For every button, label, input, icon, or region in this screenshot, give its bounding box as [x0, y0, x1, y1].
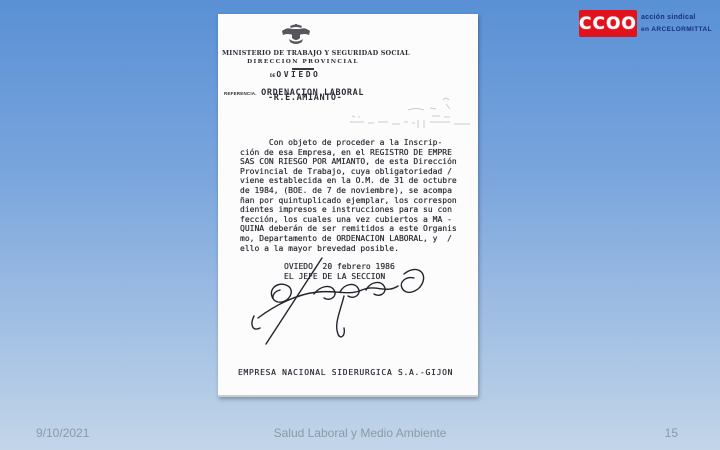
logo-tagline-line2: en ARCELORMITTAL	[641, 25, 712, 34]
body-line: Con objeto de proceder a la Inscrip-	[240, 138, 476, 148]
slide-canvas: CCOO acción sindical en ARCELORMITTAL MI…	[0, 0, 720, 450]
city-prefix: DE	[270, 74, 275, 79]
ccoo-logo-text: CCOO	[579, 14, 637, 34]
ministry-name: MINISTERIO DE TRABAJO Y SEGURIDAD SOCIAL	[222, 49, 384, 57]
page-number: 15	[665, 426, 678, 440]
signature-scribble-icon	[244, 252, 444, 352]
slide-footer: 9/10/2021 Salud Laboral y Medio Ambiente…	[0, 424, 720, 444]
document-letterhead: MINISTERIO DE TRABAJO Y SEGURIDAD SOCIAL…	[222, 49, 384, 70]
body-line: QUINA deberán de ser remitidos a este Or…	[240, 224, 476, 234]
body-line: dientes impresos e instrucciones para su…	[240, 205, 476, 215]
body-line: Provincial de Trabajo, cuya obligatoried…	[240, 167, 476, 177]
body-line: viene establecida en la O.M. de 31 de oc…	[240, 176, 476, 186]
scanned-document: MINISTERIO DE TRABAJO Y SEGURIDAD SOCIAL…	[218, 14, 478, 397]
body-line: fección, los cuales una vez cubiertos a …	[240, 215, 476, 225]
office-name: DIRECCION PROVINCIAL	[222, 59, 384, 65]
ccoo-logo-box-icon: CCOO	[579, 10, 637, 37]
footer-title: Salud Laboral y Medio Ambiente	[0, 426, 720, 440]
reference-subject: -R.E.AMIANTO-	[268, 93, 342, 103]
body-line: ñan por quintuplicado ejemplar, los corr…	[240, 196, 476, 206]
company-name: EMPRESA NACIONAL SIDERURGICA S.A.-GIJON	[238, 368, 453, 377]
body-line: mo, Departamento de ORDENACION LABORAL, …	[240, 234, 476, 244]
logo-tagline-line1: acción sindical	[641, 13, 712, 22]
city-line: DEOVIEDO	[270, 70, 320, 79]
reference-label: REFERENCIA.	[224, 91, 257, 96]
body-line: ción de esa Empresa, en el REGISTRO DE E…	[240, 148, 476, 158]
body-line: SAS CON RIESGO POR AMIANTO, de esta Dire…	[240, 157, 476, 167]
ccoo-logo: CCOO acción sindical en ARCELORMITTAL	[579, 10, 712, 37]
coat-of-arms-icon	[280, 23, 312, 47]
document-body: Con objeto de proceder a la Inscrip- ció…	[240, 138, 476, 253]
body-line: de 1984, (BOE. de 7 de noviembre), se ac…	[240, 186, 476, 196]
ccoo-logo-tagline: acción sindical en ARCELORMITTAL	[641, 13, 712, 34]
city-name: OVIEDO	[276, 70, 320, 79]
faint-stamp-marks-icon	[348, 92, 476, 140]
